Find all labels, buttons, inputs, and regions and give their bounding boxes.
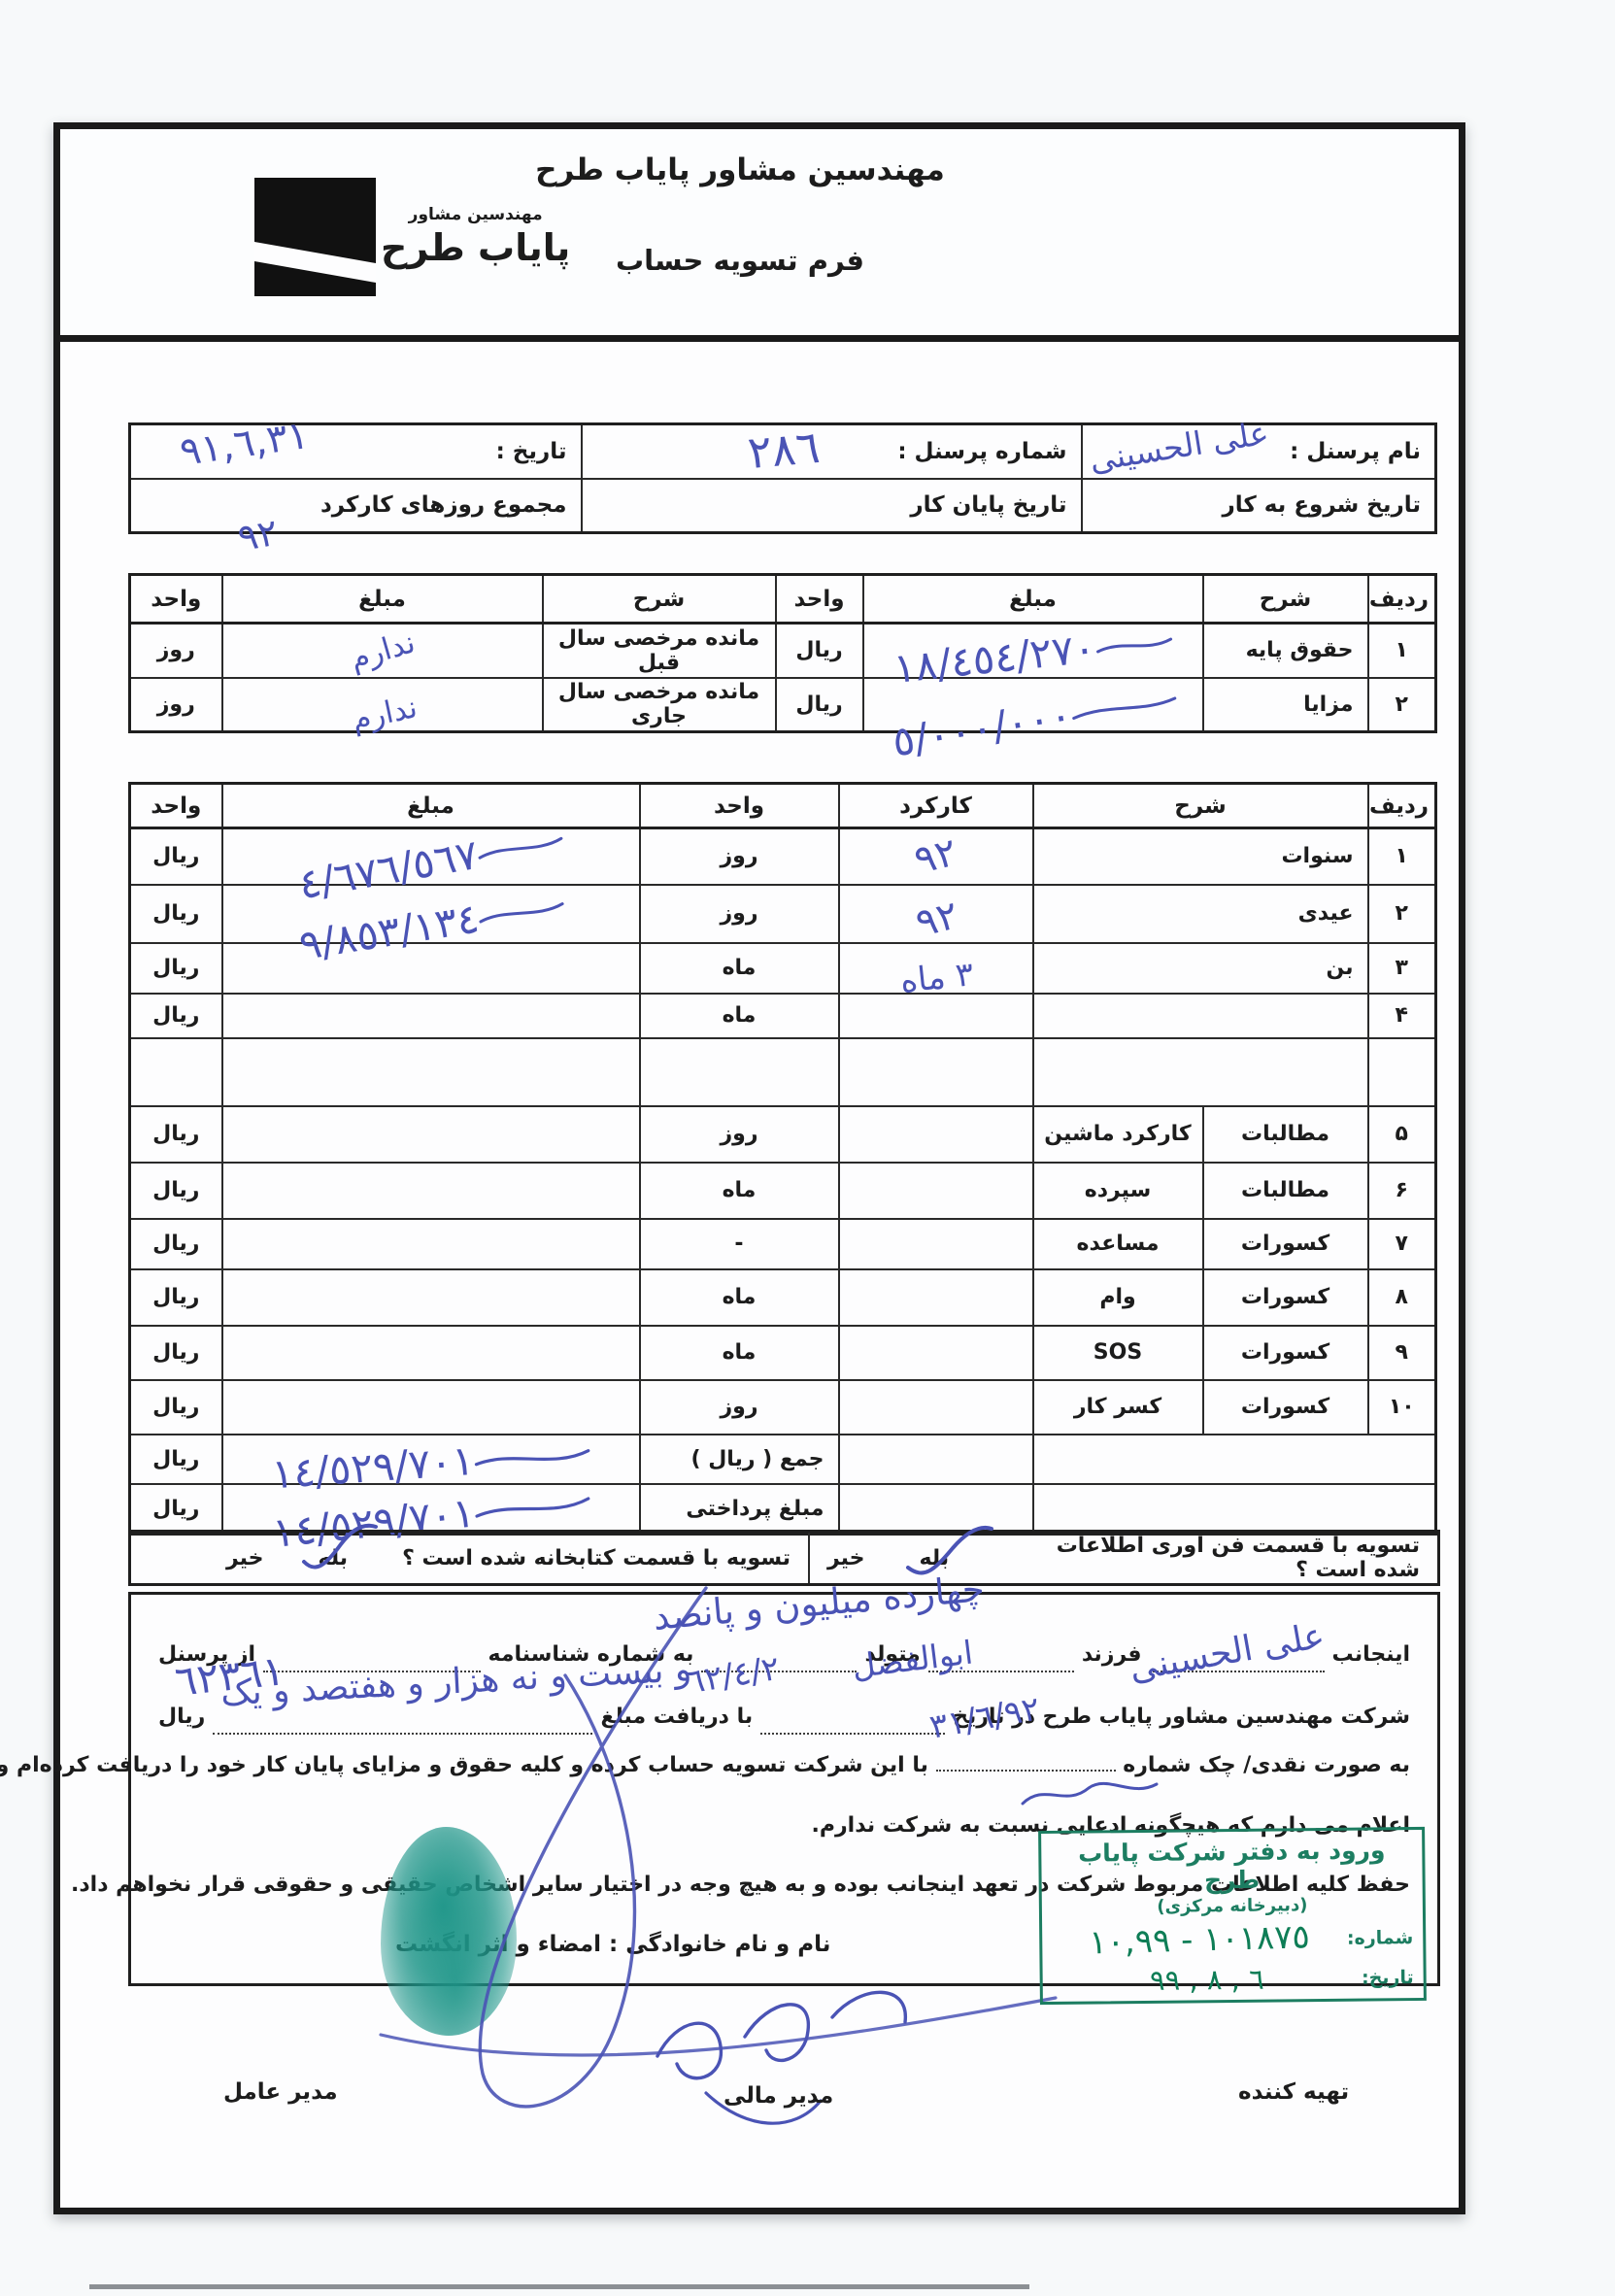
cell-total-days: مجموع روزهای کارکرد ٩٢: [130, 479, 582, 533]
empty-cell: [640, 1038, 839, 1106]
worked-cell: ٩٢: [839, 828, 1033, 885]
finance-manager-label: مدیر مالی: [723, 2083, 833, 2109]
personnel-info-table: نام پرسنل : علی الحسینی شماره پرسنل : ٢٨…: [128, 422, 1437, 534]
currency-cell: ریال: [130, 1269, 222, 1326]
form-title: فرم تسویه حساب: [449, 244, 1031, 277]
currency-cell: ریال: [130, 943, 222, 994]
cell-personnel-name: نام پرسنل : علی الحسینی: [1082, 424, 1436, 479]
unit-cell2: روز: [130, 678, 222, 732]
row-desc: حقوق پایه: [1203, 624, 1368, 678]
row-number: ۹: [1368, 1326, 1436, 1380]
paid-label: مبلغ پرداختی: [640, 1484, 839, 1535]
benefits-handwriting: ٥/٠٠٠/٠٠٠: [890, 691, 1076, 766]
table-row: ۲ عیدی ٩٢ روز ٩/٨٥٣/١٣٤ ریال: [130, 885, 1436, 943]
date-label: تاریخ :: [496, 439, 567, 464]
unit-cell: ماه: [640, 1163, 839, 1219]
scanned-settlement-form: مهندسین مشاور پایاب طرح مهندسین مشاور پا…: [0, 0, 1615, 2296]
text-rial: ریال: [158, 1705, 205, 1735]
empty-cell: [1368, 1038, 1436, 1106]
stamp-number-label: شماره:: [1347, 1927, 1414, 1949]
row-desc: سنوات: [1033, 828, 1368, 885]
row-category: کسورات: [1203, 1380, 1368, 1435]
unit-cell: روز: [640, 1380, 839, 1435]
leave-balance-handwriting: ندارم: [349, 690, 421, 737]
empty-cell: [1033, 994, 1368, 1038]
spacer-row: [130, 1038, 1436, 1106]
cell-date: تاریخ : ٩١,٦,٣١: [130, 424, 582, 479]
amount-cell: ٥/٠٠٠/٠٠٠: [863, 678, 1203, 732]
row-category: کسورات: [1203, 1219, 1368, 1269]
stamp-number-handwriting: ١٠١٨٧٥ - ١٠,٩٩: [1052, 1916, 1348, 1963]
personnel-number-label: شماره پرسنل :: [897, 439, 1066, 464]
unit-cell: ماه: [640, 994, 839, 1038]
amount-cell: [222, 994, 640, 1038]
row-number: ۱: [1368, 624, 1436, 678]
salary-leave-table: ردیف شرح مبلغ واحد شرح مبلغ واحد ۱ حقوق …: [128, 573, 1437, 733]
worked-days-handwriting: ٩٢: [912, 893, 963, 946]
cell-personnel-number: شماره پرسنل : ٢٨٦: [582, 424, 1082, 479]
cell-start-date: تاریخ شروع به کار: [1082, 479, 1436, 533]
stamp-subtitle: (دبیرخانه مرکزی): [1052, 1894, 1413, 1918]
unit-cell: ماه: [640, 943, 839, 994]
empty-cell: [839, 1038, 1033, 1106]
row-number: ۵: [1368, 1106, 1436, 1163]
unit-cell: روز: [640, 1106, 839, 1163]
empty-cell: [1033, 1038, 1368, 1106]
amount-cell: ٩/٨٥٣/١٣٤: [222, 885, 640, 943]
t2-header-vahed2: واحد: [130, 784, 222, 828]
worked-cell: ٣ ماه: [839, 943, 1033, 994]
amount-cell: [222, 1106, 640, 1163]
empty-cell: [1033, 1435, 1436, 1484]
text-cash-or-cheque: به صورت نقدی/ چک شماره: [1123, 1753, 1410, 1777]
library-clearance-no[interactable]: خیر: [226, 1546, 264, 1570]
worked-cell: [839, 1269, 1033, 1326]
row-number: ۲: [1368, 678, 1436, 732]
row-category: کسورات: [1203, 1269, 1368, 1326]
t2-header-radif: ردیف: [1368, 784, 1436, 828]
worked-cell: [839, 1163, 1033, 1219]
currency-cell: ریال: [130, 885, 222, 943]
currency-cell: ریال: [130, 1484, 222, 1535]
table-row: ۵ مطالبات کارکرد ماشین روز ریال: [130, 1106, 1436, 1163]
payab-tarh-logo-icon: [254, 178, 376, 300]
header-titles: مهندسین مشاور پایاب طرح فرم تسویه حساب: [449, 129, 1031, 277]
empty-cell: [1033, 1484, 1436, 1535]
row-category: کسورات: [1203, 1326, 1368, 1380]
unit-cell: روز: [640, 828, 839, 885]
amount-cell: [222, 943, 640, 994]
row-desc2: مانده مرخصی سال جاری: [543, 678, 776, 732]
row-number: ۴: [1368, 994, 1436, 1038]
office-entry-stamp: ورود به دفتر شرکت پایاب طرح (دبیرخانه مر…: [1038, 1827, 1427, 2005]
t2-header-sharh: شرح: [1033, 784, 1368, 828]
end-date-label: تاریخ پایان کار: [910, 492, 1066, 518]
stamp-date-label: تاریخ:: [1362, 1967, 1414, 1989]
table-row: ۱ حقوق پایه ١٨/٤٥٤/٢٧٠ ریال مانده مرخصی …: [130, 624, 1436, 678]
row-category: مطالبات: [1203, 1163, 1368, 1219]
empty-cell: [839, 1435, 1033, 1484]
unit-cell: ریال: [776, 678, 863, 732]
stamp-title: ورود به دفتر شرکت پایاب طرح: [1051, 1836, 1413, 1896]
amount-cell: [222, 1163, 640, 1219]
stamp-number-row: شماره: ١٠١٨٧٥ - ١٠,٩٩: [1052, 1918, 1413, 1961]
row-number: ۲: [1368, 885, 1436, 943]
ceo-label: مدیر عامل: [223, 2079, 338, 2105]
table-row: ۹ کسورات SOS ماه ریال: [130, 1326, 1436, 1380]
cell-end-date: تاریخ پایان کار: [582, 479, 1082, 533]
table-row: ۸ کسورات وام ماه ریال: [130, 1269, 1436, 1326]
row-number: ۷: [1368, 1219, 1436, 1269]
currency-cell: ریال: [130, 1380, 222, 1435]
total-days-label: مجموع روزهای کارکرد: [320, 492, 567, 518]
t1-header-sharh2: شرح: [543, 575, 776, 624]
row-item: سپرده: [1033, 1163, 1203, 1219]
date-handwriting: ٩١,٦,٣١: [177, 413, 311, 475]
currency-cell: ریال: [130, 1326, 222, 1380]
row-number: ۱۰: [1368, 1380, 1436, 1435]
row-category: مطالبات: [1203, 1106, 1368, 1163]
currency-cell: ریال: [130, 994, 222, 1038]
t2-header-vahed: واحد: [640, 784, 839, 828]
row-item: مساعده: [1033, 1219, 1203, 1269]
company-title: مهندسین مشاور پایاب طرح: [449, 152, 1031, 187]
personnel-name-handwriting: علی الحسینی: [1087, 414, 1271, 480]
amount-cell: ١٨/٤٥٤/٢٧٠: [863, 624, 1203, 678]
personnel-name-label: نام پرسنل :: [1290, 439, 1421, 464]
unit-cell2: روز: [130, 624, 222, 678]
row-item: وام: [1033, 1269, 1203, 1326]
currency-cell: ریال: [130, 1435, 222, 1484]
row-number: ۱: [1368, 828, 1436, 885]
row-desc2: مانده مرخصی سال قبل: [543, 624, 776, 678]
stamp-date-handwriting: ٦ , ٨ , ٩٩: [1053, 1962, 1363, 1998]
currency-cell: ریال: [130, 828, 222, 885]
amount-cell: [222, 1269, 640, 1326]
stamp-date-row: تاریخ: ٦ , ٨ , ٩٩: [1053, 1961, 1414, 1998]
start-date-label: تاریخ شروع به کار: [1222, 492, 1421, 518]
worked-cell: [839, 1219, 1033, 1269]
table-row: ۲ مزایا ٥/٠٠٠/٠٠٠ ریال مانده مرخصی سال ج…: [130, 678, 1436, 732]
form-header: مهندسین مشاور پایاب طرح مهندسین مشاور پا…: [60, 129, 1459, 342]
unit-cell: ماه: [640, 1269, 839, 1326]
empty-cell: [222, 1038, 640, 1106]
t1-header-sharh: شرح: [1203, 575, 1368, 624]
scan-edge-artifact: [89, 2284, 1029, 2289]
row-item: SOS: [1033, 1326, 1203, 1380]
t2-header-karkard: کارکرد: [839, 784, 1033, 828]
table-row: ۱ سنوات ٩٢ روز ٤/٦٧٦/٥٦٧ ریال: [130, 828, 1436, 885]
amount-cell2: ندارم: [222, 678, 543, 732]
paid-amount-cell: ١٤/٥٢٩/٧٠١: [222, 1484, 640, 1535]
t1-header-mablagh2: مبلغ: [222, 575, 543, 624]
row-number: ۳: [1368, 943, 1436, 994]
row-desc: عیدی: [1033, 885, 1368, 943]
row-number: ۶: [1368, 1163, 1436, 1219]
leave-balance-handwriting: ندارم: [346, 625, 419, 676]
worked-days-handwriting: ٩٢: [910, 829, 961, 883]
unit-cell: -: [640, 1219, 839, 1269]
row-item: کسر کار: [1033, 1380, 1203, 1435]
t1-header-vahed2: واحد: [130, 575, 222, 624]
personnel-number-handwriting: ٢٨٦: [745, 421, 822, 479]
row-desc: مزایا: [1203, 678, 1368, 732]
unit-cell: ماه: [640, 1326, 839, 1380]
worked-cell: [839, 1106, 1033, 1163]
currency-cell: ریال: [130, 1106, 222, 1163]
preparer-label: تهیه کننده: [1238, 2079, 1349, 2105]
table-row: ۳ بن ٣ ماه ماه ریال: [130, 943, 1436, 994]
amount-cell: [222, 1380, 640, 1435]
t1-header-vahed: واحد: [776, 575, 863, 624]
unit-cell: روز: [640, 885, 839, 943]
table-row: ۷ کسورات مساعده - ریال: [130, 1219, 1436, 1269]
amount-cell: [222, 1326, 640, 1380]
document-frame: مهندسین مشاور پایاب طرح مهندسین مشاور پا…: [53, 122, 1465, 2214]
signature-stroke: [288, 1549, 1094, 2171]
settlement-items-table: ردیف شرح کارکرد واحد مبلغ واحد ۱ سنوات ٩…: [128, 782, 1437, 1536]
sum-label: جمع ( ریال ): [640, 1435, 839, 1484]
unit-cell: ریال: [776, 624, 863, 678]
empty-cell: [130, 1038, 222, 1106]
t2-header-mablagh: مبلغ: [222, 784, 640, 828]
worked-cell: ٩٢: [839, 885, 1033, 943]
worked-cell: [839, 994, 1033, 1038]
amount-cell: [222, 1219, 640, 1269]
sum-amount-cell: ١٤/٥٢٩/٧٠١: [222, 1435, 640, 1484]
row-item: کارکرد ماشین: [1033, 1106, 1203, 1163]
worked-cell: [839, 1326, 1033, 1380]
currency-cell: ریال: [130, 1219, 222, 1269]
row-number: ۸: [1368, 1269, 1436, 1326]
currency-cell: ریال: [130, 1163, 222, 1219]
table-row: ۱۰ کسورات کسر کار روز ریال: [130, 1380, 1436, 1435]
row-desc: بن: [1033, 943, 1368, 994]
table-row: ۶ مطالبات سپرده ماه ریال: [130, 1163, 1436, 1219]
total-days-handwriting: ٩٢: [234, 511, 281, 559]
amount-cell2: ندارم: [222, 624, 543, 678]
table-row: ۴ ماه ریال: [130, 994, 1436, 1038]
t1-header-mablagh: مبلغ: [863, 575, 1203, 624]
amount-cell: ٤/٦٧٦/٥٦٧: [222, 828, 640, 885]
sum-row: جمع ( ریال ) ١٤/٥٢٩/٧٠١ ریال: [130, 1435, 1436, 1484]
t1-header-radif: ردیف: [1368, 575, 1436, 624]
text-i-undersigned: اینجانب: [1332, 1642, 1410, 1672]
worked-cell: [839, 1380, 1033, 1435]
